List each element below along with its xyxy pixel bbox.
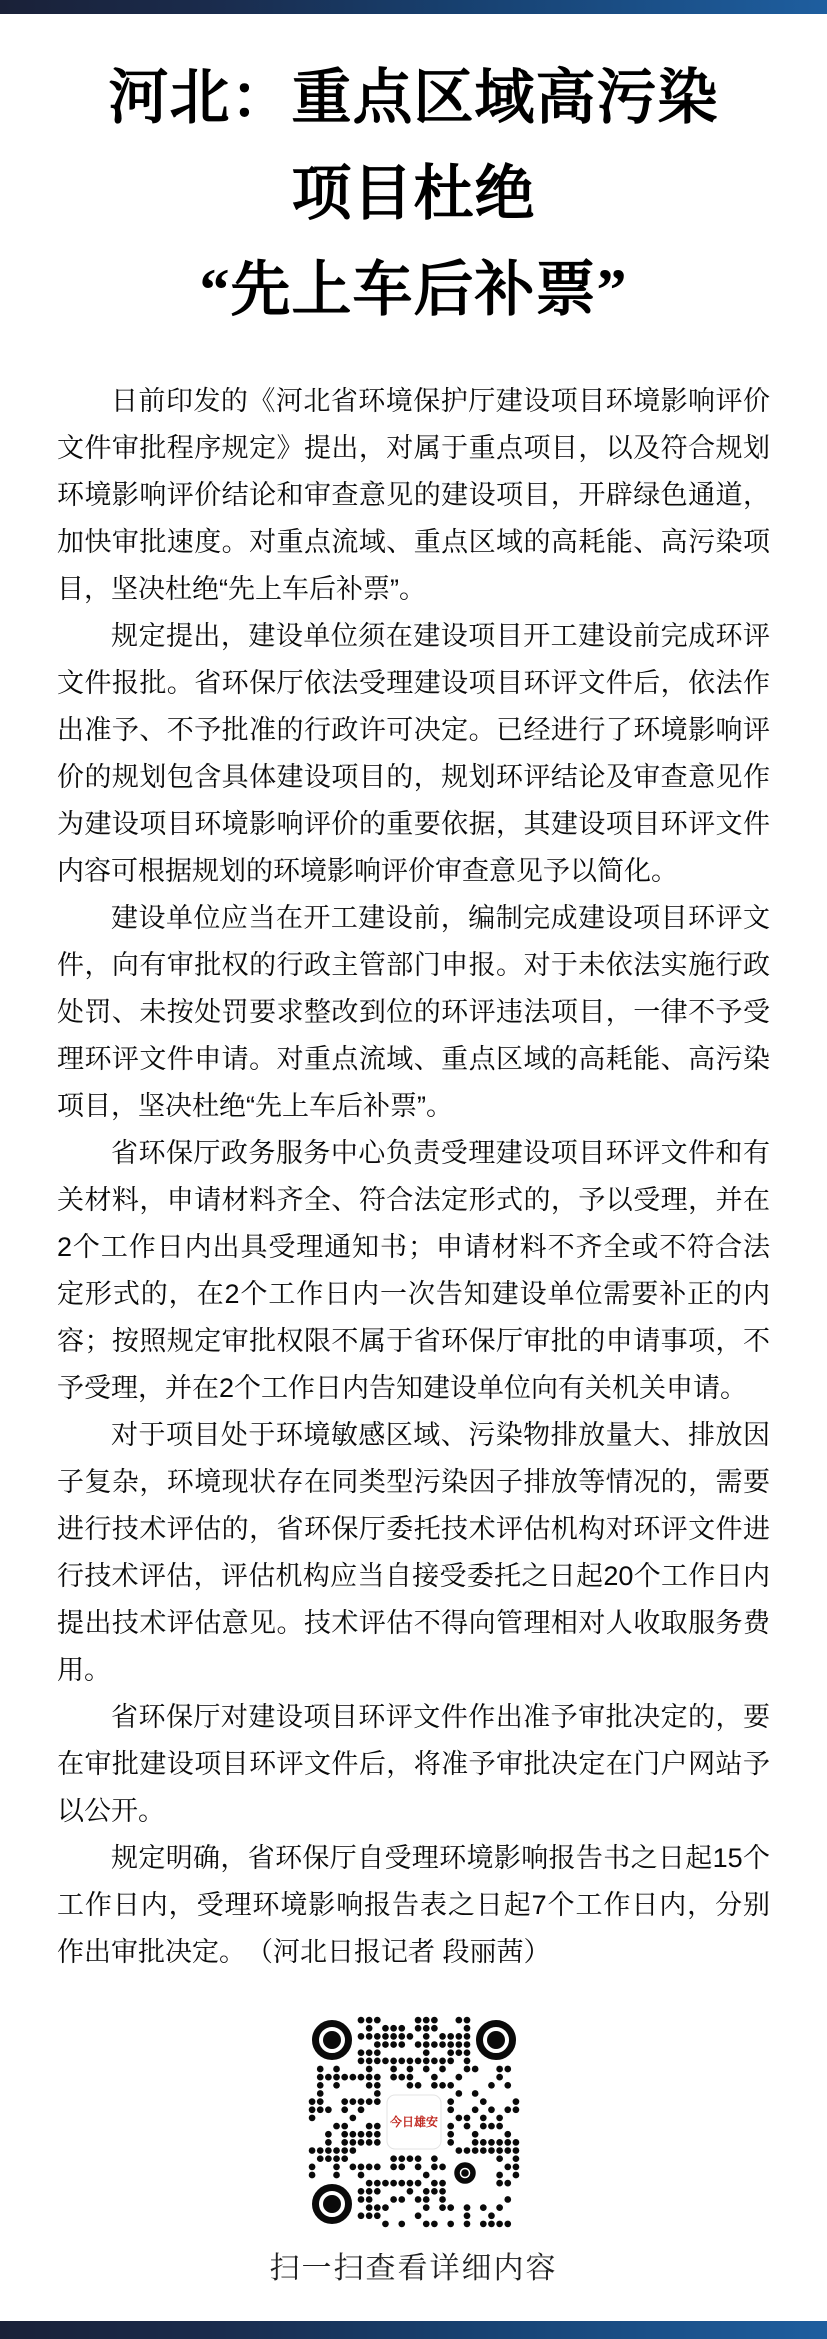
article-paragraph: 日前印发的《河北省环境保护厅建设项目环境影响评价文件审批程序规定》提出，对属于重… (57, 378, 770, 613)
title-line: “先上车后补票” (40, 242, 787, 338)
article-paragraph: 对于项目处于环境敏感区域、污染物排放量大、排放因子复杂，环境现状存在同类型污染因… (57, 1412, 770, 1694)
article-title: 河北：重点区域高污染 项目杜绝 “先上车后补票” (40, 50, 787, 338)
qr-caption: 扫一扫查看详细内容 (0, 2243, 827, 2287)
qr-section: 今日雄安 扫一扫查看详细内容 (0, 2016, 827, 2287)
article-body: 日前印发的《河北省环境保护厅建设项目环境影响评价文件审批程序规定》提出，对属于重… (57, 378, 770, 1976)
article-paragraph: 省环保厅对建设项目环评文件作出准予审批决定的，要在审批建设项目环评文件后，将准予… (57, 1694, 770, 1835)
title-line: 河北：重点区域高污染 (40, 50, 787, 146)
qr-code: 今日雄安 (308, 2016, 520, 2228)
bottom-bar (0, 2321, 827, 2339)
article-paragraph: 省环保厅政务服务中心负责受理建设项目环评文件和有关材料，申请材料齐全、符合法定形… (57, 1130, 770, 1412)
qr-center-label: 今日雄安 (388, 2114, 437, 2129)
article-paragraph: 规定提出，建设单位须在建设项目开工建设前完成环评文件报批。省环保厅依法受理建设项… (57, 613, 770, 895)
article-paragraph: 建设单位应当在开工建设前，编制完成建设项目环评文件，向有审批权的行政主管部门申报… (57, 895, 770, 1130)
title-line: 项目杜绝 (40, 146, 787, 242)
article-page: 河北：重点区域高污染 项目杜绝 “先上车后补票” 日前印发的《河北省环境保护厅建… (0, 0, 827, 2339)
article-paragraph: 规定明确，省环保厅自受理环境影响报告书之日起15个工作日内，受理环境影响报告表之… (57, 1835, 770, 1976)
top-nav-bar (0, 0, 827, 14)
